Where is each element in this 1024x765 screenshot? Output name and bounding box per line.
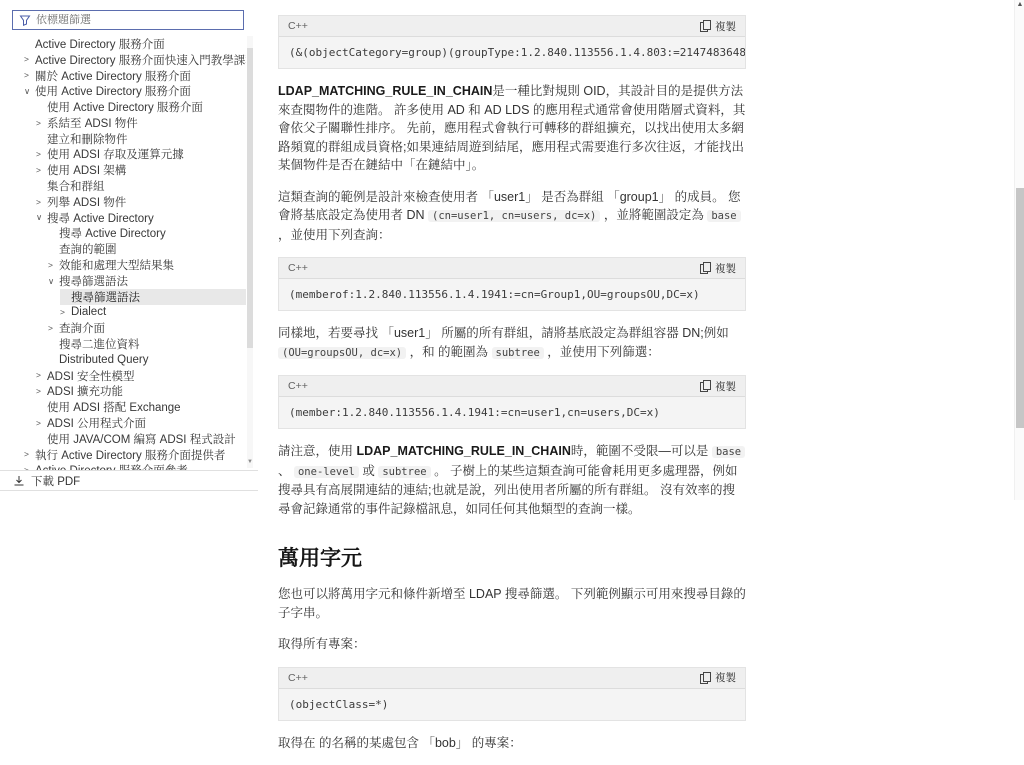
text: ，並將範圍設定為 xyxy=(600,208,707,222)
sidebar-item[interactable]: >關於 Active Directory 服務介面 xyxy=(24,68,246,84)
sidebar-item[interactable]: ∨搜尋 Active Directory xyxy=(36,210,246,226)
sidebar-item-label: 搜尋篩選語法 xyxy=(59,273,128,289)
inline-code: (OU=groupsOU, dc=x) xyxy=(278,347,406,359)
chevron-right-icon[interactable]: > xyxy=(36,371,47,380)
inline-code: subtree xyxy=(378,466,430,478)
copy-button[interactable]: 複製 xyxy=(700,19,736,34)
sidebar-item[interactable]: >ADSI 安全性模型 xyxy=(36,368,246,384)
sidebar-item[interactable]: 集合和群組 xyxy=(36,178,246,194)
code-block-header: C++複製 xyxy=(279,16,745,37)
sidebar-item[interactable]: 使用 ADSI 搭配 Exchange xyxy=(36,399,246,415)
copy-button-label: 複製 xyxy=(715,19,736,34)
bold-text: LDAP_MATCHING_RULE_IN_CHAIN xyxy=(278,84,492,98)
sidebar-item-label: 集合和群組 xyxy=(47,178,105,194)
code-language-label: C++ xyxy=(288,20,308,32)
sidebar-item[interactable]: 搜尋 Active Directory xyxy=(48,226,246,242)
chevron-right-icon[interactable]: > xyxy=(36,166,47,175)
code-block-header: C++複製 xyxy=(279,258,745,279)
sidebar-item-label: 使用 ADSI 架構 xyxy=(47,162,126,178)
code-language-label: C++ xyxy=(288,262,308,274)
paragraph: LDAP_MATCHING_RULE_IN_CHAIN是一種比對規則 OID，其… xyxy=(278,82,746,175)
code-language-label: C++ xyxy=(288,380,308,392)
sidebar-item[interactable]: ∨搜尋篩選語法 xyxy=(48,273,246,289)
paragraph: 請注意，使用 LDAP_MATCHING_RULE_IN_CHAIN時，範圍不受… xyxy=(278,442,746,500)
chevron-right-icon[interactable]: > xyxy=(48,261,59,270)
sidebar-item[interactable]: >Dialect xyxy=(60,305,246,321)
code-content: (&(objectCategory=group)(groupType:1.2.8… xyxy=(279,37,745,68)
text: ，和 的範圍為 xyxy=(406,345,491,359)
sidebar-item-label: Active Directory 服務介面 xyxy=(35,36,165,52)
text: 請注意，使用 xyxy=(278,444,356,458)
article: C++複製(&(objectCategory=group)(groupType:… xyxy=(278,0,746,500)
download-pdf-button[interactable]: 下載 PDF xyxy=(0,470,258,491)
paragraph: 這類查詢的範例是設計來檢查使用者 「user1」 是否為群組 「group1」 … xyxy=(278,188,746,245)
chevron-right-icon[interactable]: > xyxy=(24,71,35,80)
inline-code: subtree xyxy=(492,347,544,359)
copy-button[interactable]: 複製 xyxy=(700,379,736,394)
chevron-right-icon[interactable]: > xyxy=(36,150,47,159)
sidebar-item-label: 執行 Active Directory 服務介面提供者 xyxy=(35,447,225,463)
sidebar-item-label: 使用 JAVA/COM 編寫 ADSI 程式設計 xyxy=(47,431,236,447)
sidebar-item-label: Distributed Query xyxy=(59,354,148,366)
sidebar-scrollbar[interactable] xyxy=(247,36,253,468)
code-content: (memberof:1.2.840.113556.1.4.1941:=cn=Gr… xyxy=(279,279,745,310)
sidebar-item-label: 查詢的範圍 xyxy=(59,241,117,257)
sidebar-item-label: 系結至 ADSI 物件 xyxy=(47,115,138,131)
filter-icon xyxy=(19,14,31,26)
sidebar-item[interactable]: ∨使用 Active Directory 服務介面 xyxy=(24,83,246,99)
code-block: C++複製(&(objectCategory=group)(groupType:… xyxy=(278,15,746,69)
sidebar-item[interactable]: >效能和處理大型結果集 xyxy=(48,257,246,273)
chevron-right-icon[interactable]: > xyxy=(36,419,47,428)
sidebar-item-label: Active Directory 服務介面快速入門教學課程 xyxy=(35,52,246,68)
sidebar-item[interactable]: 使用 Active Directory 服務介面 xyxy=(36,99,246,115)
sidebar-item[interactable]: >使用 ADSI 存取及運算元據 xyxy=(36,147,246,163)
sidebar-item-label: 查詢介面 xyxy=(59,320,105,336)
code-content: (member:1.2.840.113556.1.4.1941:=cn=user… xyxy=(279,397,745,428)
sidebar-scrollbar-thumb[interactable] xyxy=(247,48,253,348)
sidebar-item[interactable]: 使用 JAVA/COM 編寫 ADSI 程式設計 xyxy=(36,431,246,447)
code-block: C++複製(memberof:1.2.840.113556.1.4.1941:=… xyxy=(278,257,746,311)
inline-code: one-level xyxy=(294,466,359,478)
chevron-right-icon[interactable]: > xyxy=(24,55,35,64)
sidebar-item[interactable]: >ADSI 擴充功能 xyxy=(36,384,246,400)
scroll-up-icon[interactable]: ▲ xyxy=(1015,1,1024,8)
sidebar-item-label: ADSI 安全性模型 xyxy=(47,368,135,384)
sidebar-item-label: ADSI 公用程式介面 xyxy=(47,415,146,431)
paragraph: 同樣地，若要尋找 「user1」 所屬的所有群組，請將基底設定為群組容器 DN;… xyxy=(278,324,746,362)
sidebar-item-label: 使用 ADSI 存取及運算元據 xyxy=(47,146,184,162)
text: 、 xyxy=(278,464,294,478)
sidebar-item[interactable]: >Active Directory 服務介面參考 xyxy=(24,463,246,470)
sidebar-item-label: 搜尋 Active Directory xyxy=(47,210,154,226)
sidebar-item[interactable]: 建立和刪除物件 xyxy=(36,131,246,147)
sidebar-item-label: 使用 ADSI 搭配 Exchange xyxy=(47,399,181,415)
sidebar-scroll-down-icon[interactable]: ▼ xyxy=(245,459,255,465)
sidebar-item-label: 列舉 ADSI 物件 xyxy=(47,194,126,210)
sidebar-item[interactable]: 查詢的範圍 xyxy=(48,241,246,257)
copy-icon xyxy=(700,380,711,392)
sidebar-item[interactable]: Distributed Query xyxy=(48,352,246,368)
chevron-down-icon[interactable]: ∨ xyxy=(48,277,59,286)
sidebar: Active Directory 服務介面>Active Directory 服… xyxy=(0,0,258,500)
download-pdf-label: 下載 PDF xyxy=(31,473,80,489)
sidebar-item[interactable]: >執行 Active Directory 服務介面提供者 xyxy=(24,447,246,463)
sidebar-item[interactable]: >列舉 ADSI 物件 xyxy=(36,194,246,210)
chevron-right-icon[interactable]: > xyxy=(60,308,71,317)
copy-button-label: 複製 xyxy=(715,261,736,276)
sidebar-item-label: 搜尋篩選語法 xyxy=(71,289,140,305)
sidebar-item[interactable]: >Active Directory 服務介面快速入門教學課程 xyxy=(24,52,246,68)
sidebar-item-label: ADSI 擴充功能 xyxy=(47,383,123,399)
code-block: C++複製(member:1.2.840.113556.1.4.1941:=cn… xyxy=(278,375,746,429)
text: 時，範圍不受限—可以是 xyxy=(571,444,712,458)
sidebar-item-label: 關於 Active Directory 服務介面 xyxy=(35,68,191,84)
inline-code: (cn=user1, cn=users, dc=x) xyxy=(428,210,600,222)
chevron-right-icon[interactable]: > xyxy=(36,387,47,396)
sidebar-item-label: 搜尋二進位資料 xyxy=(59,336,140,352)
sidebar-item[interactable]: >查詢介面 xyxy=(48,320,246,336)
sidebar-item-label: Active Directory 服務介面參考 xyxy=(35,462,188,470)
sidebar-item[interactable]: >ADSI 公用程式介面 xyxy=(36,415,246,431)
bold-text: LDAP_MATCHING_RULE_IN_CHAIN xyxy=(356,444,570,458)
sidebar-item-label: 使用 Active Directory 服務介面 xyxy=(47,99,203,115)
text: 同樣地，若要尋找 「user1」 所屬的所有群組，請將基底設定為群組容器 DN;… xyxy=(278,326,729,340)
toc-list: Active Directory 服務介面>Active Directory 服… xyxy=(0,36,246,470)
sidebar-item-label: 建立和刪除物件 xyxy=(47,131,128,147)
chevron-right-icon[interactable]: > xyxy=(36,119,47,128)
chevron-right-icon[interactable]: > xyxy=(24,450,35,459)
copy-icon xyxy=(700,20,711,32)
toc-filter-box[interactable] xyxy=(12,10,244,30)
text: ，並使用下列篩選： xyxy=(544,345,660,359)
inline-code: base xyxy=(707,210,740,222)
download-icon xyxy=(13,475,25,487)
copy-button-label: 複製 xyxy=(715,379,736,394)
sidebar-item[interactable]: 搜尋二進位資料 xyxy=(48,336,246,352)
chevron-right-icon[interactable]: > xyxy=(36,198,47,207)
text: ，並使用下列查詢： xyxy=(278,228,391,242)
sidebar-item[interactable]: Active Directory 服務介面 xyxy=(24,36,246,52)
chevron-down-icon[interactable]: ∨ xyxy=(24,87,35,96)
code-block-header: C++複製 xyxy=(279,376,745,397)
sidebar-item-label: 搜尋 Active Directory xyxy=(59,225,166,241)
sidebar-item[interactable]: 搜尋篩選語法 xyxy=(60,289,246,305)
main-scrollbar-thumb[interactable] xyxy=(1016,188,1024,428)
main-scrollbar[interactable]: ▲ xyxy=(1014,0,1024,500)
copy-button[interactable]: 複製 xyxy=(700,261,736,276)
sidebar-item[interactable]: >使用 ADSI 架構 xyxy=(36,162,246,178)
sidebar-item-label: Dialect xyxy=(71,306,106,318)
sidebar-item-label: 效能和處理大型結果集 xyxy=(59,257,174,273)
text: 或 xyxy=(359,464,378,478)
inline-code: base xyxy=(712,446,745,458)
chevron-right-icon[interactable]: > xyxy=(48,324,59,333)
toc-filter-input[interactable] xyxy=(36,14,237,26)
sidebar-item[interactable]: >系結至 ADSI 物件 xyxy=(36,115,246,131)
chevron-down-icon[interactable]: ∨ xyxy=(36,213,47,222)
copy-icon xyxy=(700,262,711,274)
sidebar-item-label: 使用 Active Directory 服務介面 xyxy=(35,83,191,99)
